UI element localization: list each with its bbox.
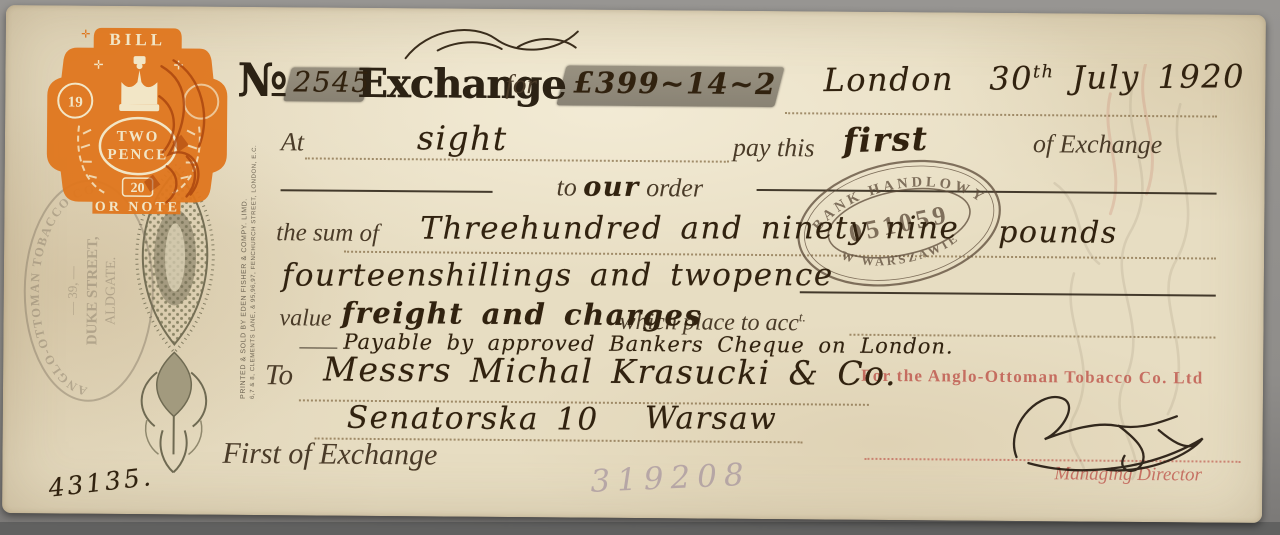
at-label: At — [281, 127, 304, 157]
printer-imprint-line2: 6,7 & 8, CLEMENTS LANE, & 95,96,97, FENC… — [249, 153, 260, 399]
photo-backdrop — [0, 522, 1280, 535]
value-label: value — [279, 305, 331, 332]
pounds-word: pounds — [998, 215, 1118, 251]
pencil-number: 319208 — [590, 457, 752, 500]
pay-this-label: pay this — [733, 133, 815, 164]
company-stamp-line1: — 39, — — [65, 265, 80, 316]
to-label: To — [265, 359, 293, 392]
stamp-duty-line2: PENCE — [107, 147, 168, 163]
order-rule-left — [281, 189, 493, 193]
to-our-order: to our order — [556, 171, 703, 203]
no-symbol: № — [237, 53, 286, 107]
drawee-street: Senatorska 10 — [347, 400, 599, 438]
stamp-bill-label: BILL — [109, 30, 166, 49]
of-exchange-label: of Exchange — [1033, 129, 1162, 160]
stamp-bottom-number: 20 — [131, 181, 145, 196]
rank-handwritten: first — [842, 119, 928, 160]
the-sum-of-label: the sum of — [276, 219, 379, 248]
swash-flourish — [398, 20, 588, 65]
amount-words-1: Threehundred and ninety nine — [420, 210, 959, 246]
stamp-year-circle: 19 — [68, 95, 83, 111]
drawee-city: Warsaw — [645, 400, 778, 437]
company-stamp-line3: ALDGATE. — [104, 257, 120, 325]
for-label: for — [505, 69, 537, 100]
tenor-rule — [305, 157, 729, 162]
our-handwritten: our — [583, 172, 640, 203]
bill-number: 2545 — [293, 65, 371, 99]
place-date: London 30th July 1920 — [823, 57, 1245, 99]
managing-director-signature — [998, 379, 1224, 481]
stamp-duty-line1: TWO — [117, 129, 160, 145]
bill-of-exchange-document: BILL ✛ ✛ ✛ 19 TWO PENCE 20 OR NOTE — [2, 5, 1266, 523]
tenor-handwritten: sight — [417, 118, 508, 158]
payable-dash — [299, 347, 337, 348]
svg-text:✛: ✛ — [93, 58, 103, 72]
first-of-exchange: First of Exchange — [222, 437, 437, 473]
drawee-name: Messrs Michal Krasucki & Co. — [323, 350, 897, 394]
ledger-number: 43135. — [47, 462, 155, 503]
consideration-handwritten: freight and charges — [341, 296, 702, 333]
company-stamp-line2: DUKE STREET, — [84, 236, 101, 345]
printer-imprint: PRINTED & SOLD BY EDEN FISHER & COMPY. L… — [239, 153, 260, 399]
amount-figures: £399~14~2 — [573, 66, 777, 102]
revenue-stamp: BILL ✛ ✛ ✛ 19 TWO PENCE 20 OR NOTE — [40, 25, 236, 215]
stamp-cross-left: ✛ — [81, 29, 90, 41]
amount-words-2: fourteenshillings and twopence — [282, 257, 834, 293]
